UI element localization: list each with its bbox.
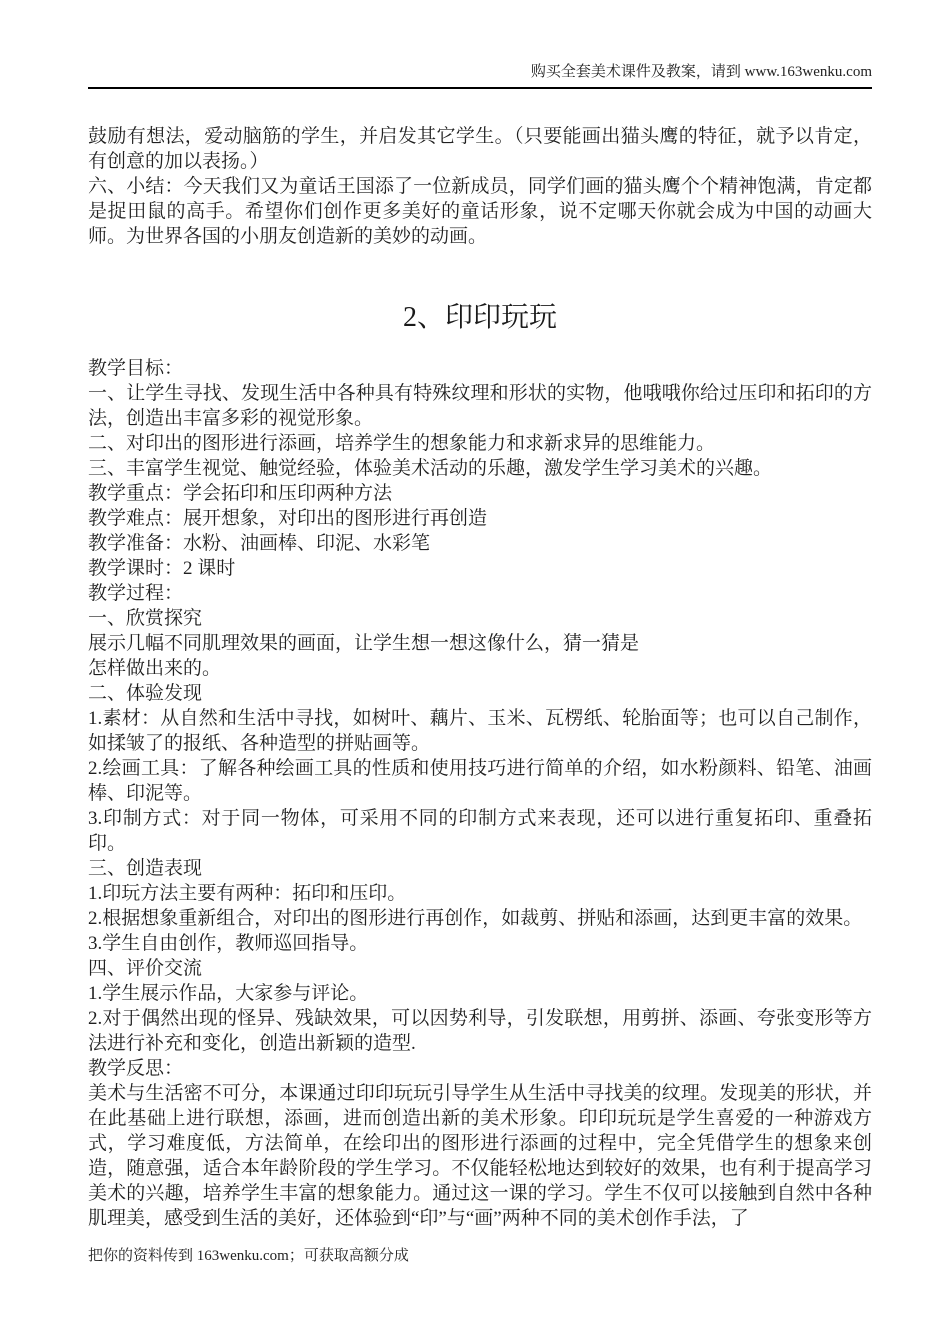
paragraph: 2.对于偶然出现的怪异、残缺效果，可以因势利导，引发联想，用剪拼、添画、夸张变形… xyxy=(88,1006,872,1056)
paragraph: 一、欣赏探究 xyxy=(88,606,872,631)
paragraph: 教学课时：2 课时 xyxy=(88,556,872,581)
paragraph: 二、对印出的图形进行添画，培养学生的想象能力和求新求异的思维能力。 xyxy=(88,431,872,456)
paragraph: 3.印制方式：对于同一物体，可采用不同的印制方式来表现，还可以进行重复拓印、重叠… xyxy=(88,806,872,856)
paragraph: 3.学生自由创作，教师巡回指导。 xyxy=(88,931,872,956)
header-divider xyxy=(88,87,872,89)
paragraph: 教学难点：展开想象，对印出的图形进行再创造 xyxy=(88,506,872,531)
paragraph: 六、小结：今天我们又为童话王国添了一位新成员，同学们画的猫头鹰个个精神饱满，肯定… xyxy=(88,174,872,249)
document-page: 购买全套美术课件及教案，请到 www.163wenku.com 鼓励有想法，爱动… xyxy=(0,0,950,1344)
paragraph: 教学重点：学会拓印和压印两种方法 xyxy=(88,481,872,506)
paragraph: 1.印玩方法主要有两种：拓印和压印。 xyxy=(88,881,872,906)
paragraph: 一、让学生寻找、发现生活中各种具有特殊纹理和形状的实物，他哦哦你给过压印和拓印的… xyxy=(88,381,872,431)
paragraph: 四、评价交流 xyxy=(88,956,872,981)
paragraph: 美术与生活密不可分，本课通过印印玩玩引导学生从生活中寻找美的纹理。发现美的形状，… xyxy=(88,1081,872,1231)
paragraph: 三、丰富学生视觉、触觉经验，体验美术活动的乐趣，激发学生学习美术的兴趣。 xyxy=(88,456,872,481)
paragraph: 展示几幅不同肌理效果的画面，让学生想一想这像什么，猜一猜是 xyxy=(88,631,872,656)
paragraph: 怎样做出来的。 xyxy=(88,656,872,681)
header-promo-text: 购买全套美术课件及教案，请到 www.163wenku.com xyxy=(88,0,872,82)
paragraph: 2.根据想象重新组合，对印出的图形进行再创作，如裁剪、拼贴和添画，达到更丰富的效… xyxy=(88,906,872,931)
lesson-body: 教学目标：一、让学生寻找、发现生活中各种具有特殊纹理和形状的实物，他哦哦你给过压… xyxy=(88,356,872,1231)
paragraph: 鼓励有想法，爱动脑筋的学生，并启发其它学生。（只要能画出猫头鹰的特征，就予以肯定… xyxy=(88,124,872,174)
paragraph: 三、创造表现 xyxy=(88,856,872,881)
intro-section: 鼓励有想法，爱动脑筋的学生，并启发其它学生。（只要能画出猫头鹰的特征，就予以肯定… xyxy=(88,124,872,249)
paragraph: 2.绘画工具：了解各种绘画工具的性质和使用技巧进行简单的介绍，如水粉颜料、铅笔、… xyxy=(88,756,872,806)
footer-promo-text: 把你的资料传到 163wenku.com；可获取高额分成 xyxy=(88,1248,409,1264)
paragraph: 教学反思： xyxy=(88,1056,872,1081)
paragraph: 教学过程： xyxy=(88,581,872,606)
paragraph: 二、体验发现 xyxy=(88,681,872,706)
paragraph: 1.学生展示作品，大家参与评论。 xyxy=(88,981,872,1006)
paragraph: 教学准备：水粉、油画棒、印泥、水彩笔 xyxy=(88,531,872,556)
page-footer: 把你的资料传到 163wenku.com；可获取高额分成 xyxy=(88,1246,409,1266)
paragraph: 教学目标： xyxy=(88,356,872,381)
paragraph: 1.素材：从自然和生活中寻找，如树叶、藕片、玉米、瓦楞纸、轮胎面等；也可以自己制… xyxy=(88,706,872,756)
lesson-title: 2、印印玩玩 xyxy=(88,301,872,335)
